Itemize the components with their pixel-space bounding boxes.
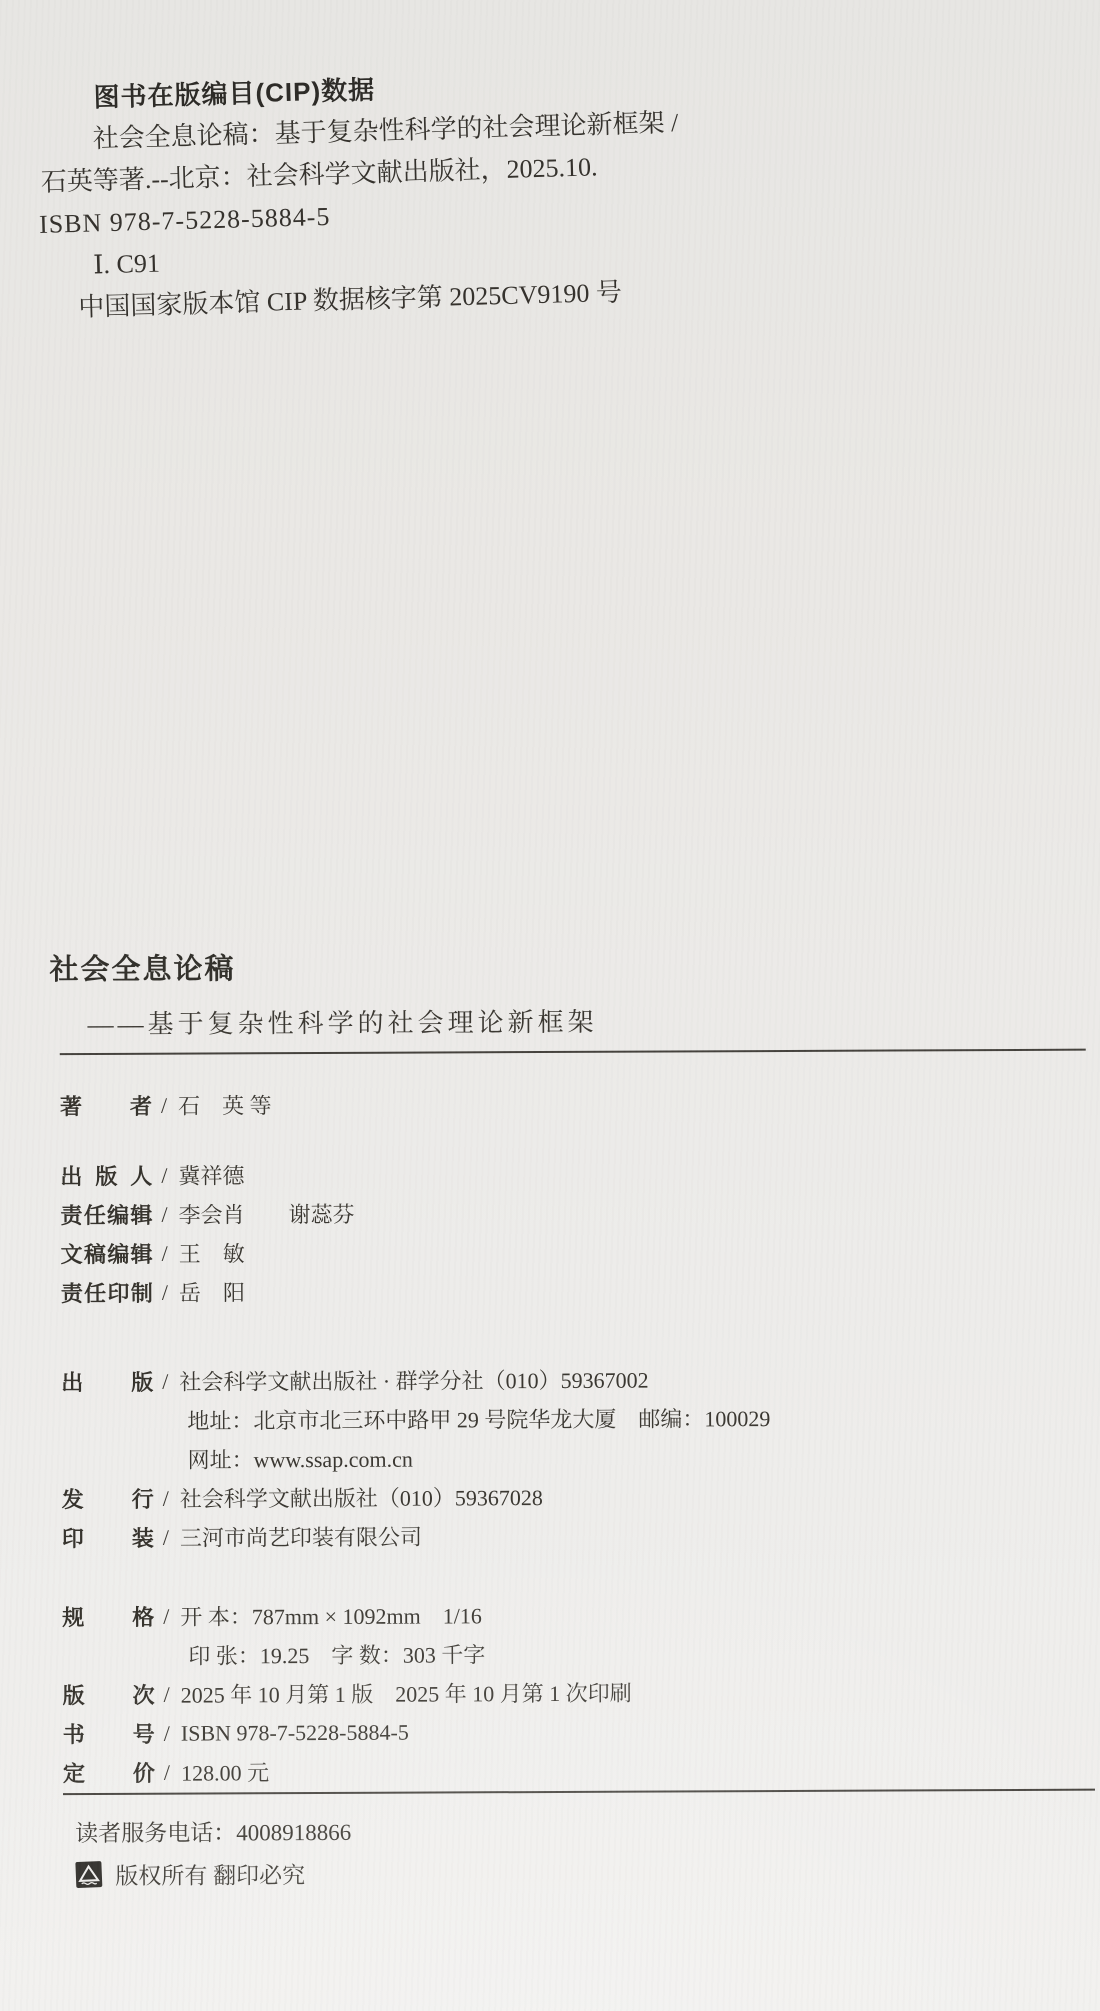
row-label: 责任印制 [61, 1277, 153, 1308]
row-label: 文稿编辑 [61, 1238, 153, 1269]
divider-line-top [60, 1049, 1086, 1055]
slash-separator: / [163, 1485, 169, 1511]
info-row-distribution: 发行/社会科学文献出版社（010）59367028 [62, 1475, 1062, 1518]
row-value: 2025 年 10 月第 1 版 2025 年 10 月第 1 次印刷 [181, 1677, 632, 1710]
slash-separator: / [164, 1759, 170, 1785]
info-row-price: 定价/128.00 元 [63, 1749, 1063, 1792]
row-value: 王 敏 [179, 1237, 245, 1268]
slash-separator: / [163, 1603, 169, 1629]
row-label: 印装 [62, 1522, 154, 1553]
book-subtitle: ——基于复杂性科学的社会理论新框架 [88, 1002, 598, 1041]
slash-separator: / [164, 1681, 170, 1707]
book-copyright-page: 图书在版编目(CIP)数据 社会全息论稿：基于复杂性科学的社会理论新框架 / 石… [0, 0, 1100, 2011]
row-value: ISBN 978-7-5228-5884-5 [181, 1719, 409, 1746]
sheets-text: 印 张：19.25 字 数：303 千字 [188, 1638, 485, 1670]
slash-separator: / [162, 1368, 168, 1394]
title-block: 社会全息论稿 ——基于复杂性科学的社会理论新框架 [49, 945, 597, 1041]
info-row-address: 地址：北京市北三环中路甲 29 号院华龙大厦 邮编：100029 [61, 1397, 1061, 1440]
slash-separator: / [161, 1092, 167, 1118]
info-row-publisher-person: 出版人/冀祥德 [60, 1152, 1060, 1195]
page-lower-area: 社会全息论稿 ——基于复杂性科学的社会理论新框架 著者/石 英 等 出版人/冀祥… [0, 0, 1100, 2011]
slash-separator: / [162, 1279, 168, 1305]
info-row-isbn: 书号/ISBN 978-7-5228-5884-5 [63, 1710, 1063, 1753]
row-label: 责任编辑 [60, 1199, 152, 1230]
info-row-sheets: 印 张：19.25 字 数：303 千字 [62, 1632, 1062, 1675]
info-row-publish: 出版/社会科学文献出版社 · 群学分社（010）59367002 [61, 1358, 1061, 1401]
slash-separator: / [163, 1524, 169, 1550]
row-label: 定价 [63, 1757, 155, 1788]
info-row-author: 著者/石 英 等 [60, 1082, 1060, 1125]
slash-separator: / [164, 1720, 170, 1746]
info-row-print-supervisor: 责任印制/岳 阳 [61, 1269, 1061, 1312]
row-value: 开 本：787mm × 1092mm 1/16 [180, 1599, 482, 1631]
copyright-row: 版权所有 翻印必究 [75, 1857, 351, 1891]
row-label: 著者 [60, 1090, 152, 1121]
row-value: 李会肖 谢蕊芬 [179, 1198, 355, 1230]
website-text: 网址：www.ssap.com.cn [187, 1443, 412, 1475]
row-value: 三河市尚艺印装有限公司 [180, 1521, 422, 1553]
info-row-editors: 责任编辑/李会肖 谢蕊芬 [60, 1191, 1060, 1234]
row-value: 岳 阳 [179, 1276, 245, 1307]
info-row-website: 网址：www.ssap.com.cn [61, 1436, 1061, 1479]
row-value: 128.00 元 [181, 1756, 269, 1787]
row-value: 石 英 等 [178, 1089, 272, 1120]
imprint-info: 著者/石 英 等 出版人/冀祥德 责任编辑/李会肖 谢蕊芬 文稿编辑/王 敏 责… [60, 1082, 1063, 1792]
row-value: 社会科学文献出版社（010）59367028 [180, 1481, 543, 1514]
row-label: 版次 [62, 1679, 154, 1710]
anti-piracy-logo-icon [75, 1860, 103, 1888]
row-value: 冀祥德 [178, 1159, 244, 1190]
reader-service-phone: 读者服务电话：4008918866 [75, 1813, 351, 1854]
copyright-notice: 版权所有 翻印必究 [115, 1857, 305, 1891]
row-value: 社会科学文献出版社 · 群学分社（010）59367002 [179, 1364, 648, 1397]
info-row-edition: 版次/2025 年 10 月第 1 版 2025 年 10 月第 1 次印刷 [62, 1671, 1062, 1714]
address-text: 地址：北京市北三环中路甲 29 号院华龙大厦 邮编：100029 [187, 1402, 770, 1436]
book-title: 社会全息论稿 [49, 945, 597, 988]
info-row-printing: 印装/三河市尚艺印装有限公司 [62, 1514, 1062, 1557]
row-label: 出版人 [60, 1160, 152, 1191]
slash-separator: / [161, 1201, 167, 1227]
slash-separator: / [162, 1240, 168, 1266]
row-label: 书号 [63, 1718, 155, 1749]
slash-separator: / [161, 1162, 167, 1188]
page-footer: 读者服务电话：4008918866 版权所有 翻印必究 [75, 1813, 351, 1891]
row-label: 出版 [61, 1366, 153, 1397]
row-label: 发行 [62, 1483, 154, 1514]
info-row-copy-editor: 文稿编辑/王 敏 [61, 1230, 1061, 1273]
row-label: 规格 [62, 1601, 154, 1632]
info-row-format: 规格/开 本：787mm × 1092mm 1/16 [62, 1593, 1062, 1636]
